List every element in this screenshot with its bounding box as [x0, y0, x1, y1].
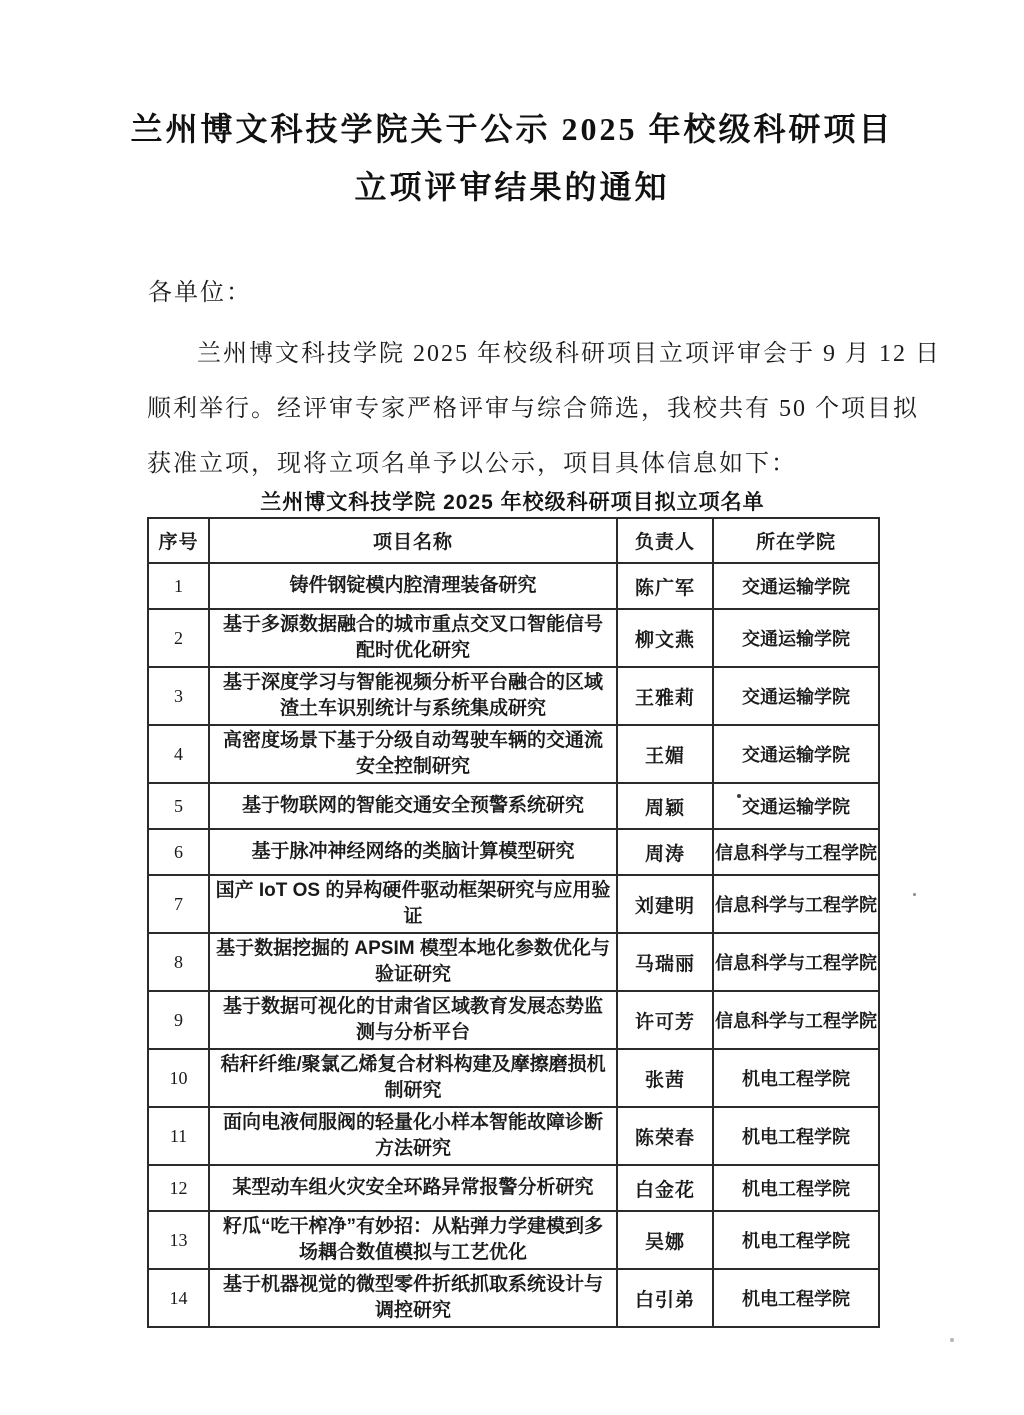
- row-no: 5: [148, 783, 209, 829]
- scan-speck: [913, 893, 916, 896]
- row-project-name: 国产 IoT OS 的异构硬件驱动框架研究与应用验证: [209, 875, 617, 933]
- body-paragraph: 兰州博文科技学院 2025 年校级科研项目立项评审会于 9 月 12 日 顺利举…: [147, 327, 892, 492]
- row-college: 信息科学与工程学院: [713, 933, 879, 991]
- row-no: 7: [148, 875, 209, 933]
- row-college: 交通运输学院: [713, 725, 879, 783]
- table-row: 1 铸件钢锭模内腔清理装备研究 陈广军 交通运输学院: [148, 563, 879, 609]
- table-row: 4 高密度场景下基于分级自动驾驶车辆的交通流安全控制研究 王媚 交通运输学院: [148, 725, 879, 783]
- table-row: 2 基于多源数据融合的城市重点交叉口智能信号配时优化研究 柳文燕 交通运输学院: [148, 609, 879, 667]
- row-no: 3: [148, 667, 209, 725]
- body-line-1: 兰州博文科技学院 2025 年校级科研项目立项评审会于 9 月 12 日: [147, 327, 892, 382]
- header-no: 序号: [148, 518, 209, 563]
- document-title-line2: 立项评审结果的通知: [0, 158, 1024, 216]
- table-row: 12 某型动车组火灾安全环路异常报警分析研究 白金花 机电工程学院: [148, 1165, 879, 1211]
- row-no: 2: [148, 609, 209, 667]
- scan-speck: [737, 794, 741, 798]
- row-college: 交通运输学院: [713, 563, 879, 609]
- row-project-name: 基于深度学习与智能视频分析平台融合的区域渣土车识别统计与系统集成研究: [209, 667, 617, 725]
- row-project-name: 基于数据可视化的甘肃省区域教育发展态势监测与分析平台: [209, 991, 617, 1049]
- body-line-2: 顺利举行。经评审专家严格评审与综合筛选，我校共有 50 个项目拟: [147, 382, 892, 437]
- row-college: 机电工程学院: [713, 1211, 879, 1269]
- row-project-name: 某型动车组火灾安全环路异常报警分析研究: [209, 1165, 617, 1211]
- table-row: 9 基于数据可视化的甘肃省区域教育发展态势监测与分析平台 许可芳 信息科学与工程…: [148, 991, 879, 1049]
- table-row: 10 秸秆纤维/聚氯乙烯复合材料构建及摩擦磨损机制研究 张茜 机电工程学院: [148, 1049, 879, 1107]
- row-no: 8: [148, 933, 209, 991]
- row-project-name: 秸秆纤维/聚氯乙烯复合材料构建及摩擦磨损机制研究: [209, 1049, 617, 1107]
- row-leader: 马瑞丽: [617, 933, 713, 991]
- row-no: 6: [148, 829, 209, 875]
- table-caption: 兰州博文科技学院 2025 年校级科研项目拟立项名单: [147, 486, 878, 516]
- row-project-name: 基于机器视觉的微型零件折纸抓取系统设计与调控研究: [209, 1269, 617, 1327]
- row-college: 信息科学与工程学院: [713, 991, 879, 1049]
- row-leader: 陈广军: [617, 563, 713, 609]
- row-no: 11: [148, 1107, 209, 1165]
- row-leader: 王雅莉: [617, 667, 713, 725]
- document-page: 兰州博文科技学院关于公示 2025 年校级科研项目 立项评审结果的通知 各单位：…: [0, 0, 1024, 1415]
- row-leader: 柳文燕: [617, 609, 713, 667]
- row-project-name: 基于数据挖掘的 APSIM 模型本地化参数优化与验证研究: [209, 933, 617, 991]
- row-leader: 吴娜: [617, 1211, 713, 1269]
- row-no: 14: [148, 1269, 209, 1327]
- header-leader: 负责人: [617, 518, 713, 563]
- project-table: 序号 项目名称 负责人 所在学院 1 铸件钢锭模内腔清理装备研究 陈广军 交通运…: [147, 517, 880, 1328]
- row-leader: 刘建明: [617, 875, 713, 933]
- row-college: 机电工程学院: [713, 1107, 879, 1165]
- document-title-line1: 兰州博文科技学院关于公示 2025 年校级科研项目: [0, 100, 1024, 158]
- row-college: 信息科学与工程学院: [713, 829, 879, 875]
- row-project-name: 基于多源数据融合的城市重点交叉口智能信号配时优化研究: [209, 609, 617, 667]
- row-project-name: 基于脉冲神经网络的类脑计算模型研究: [209, 829, 617, 875]
- row-leader: 白引弟: [617, 1269, 713, 1327]
- row-project-name: 基于物联网的智能交通安全预警系统研究: [209, 783, 617, 829]
- header-college: 所在学院: [713, 518, 879, 563]
- row-college: 交通运输学院: [713, 783, 879, 829]
- row-no: 12: [148, 1165, 209, 1211]
- table-row: 11 面向电液伺服阀的轻量化小样本智能故障诊断方法研究 陈荣春 机电工程学院: [148, 1107, 879, 1165]
- row-no: 13: [148, 1211, 209, 1269]
- row-college: 机电工程学院: [713, 1165, 879, 1211]
- table-row: 13 籽瓜“吃干榨净”有妙招：从粘弹力学建模到多场耦合数值模拟与工艺优化 吴娜 …: [148, 1211, 879, 1269]
- table-row: 3 基于深度学习与智能视频分析平台融合的区域渣土车识别统计与系统集成研究 王雅莉…: [148, 667, 879, 725]
- table-header-row: 序号 项目名称 负责人 所在学院: [148, 518, 879, 563]
- body-line-3: 获准立项，现将立项名单予以公示，项目具体信息如下：: [147, 437, 892, 492]
- salutation: 各单位：: [148, 272, 252, 307]
- row-leader: 周涛: [617, 829, 713, 875]
- row-project-name: 面向电液伺服阀的轻量化小样本智能故障诊断方法研究: [209, 1107, 617, 1165]
- scan-speck: [950, 1338, 954, 1342]
- row-leader: 白金花: [617, 1165, 713, 1211]
- header-project-name: 项目名称: [209, 518, 617, 563]
- table-row: 14 基于机器视觉的微型零件折纸抓取系统设计与调控研究 白引弟 机电工程学院: [148, 1269, 879, 1327]
- row-no: 1: [148, 563, 209, 609]
- row-college: 交通运输学院: [713, 609, 879, 667]
- table-row: 7 国产 IoT OS 的异构硬件驱动框架研究与应用验证 刘建明 信息科学与工程…: [148, 875, 879, 933]
- document-title: 兰州博文科技学院关于公示 2025 年校级科研项目 立项评审结果的通知: [0, 100, 1024, 216]
- row-no: 10: [148, 1049, 209, 1107]
- table-row: 5 基于物联网的智能交通安全预警系统研究 周颖 交通运输学院: [148, 783, 879, 829]
- row-no: 4: [148, 725, 209, 783]
- row-project-name: 铸件钢锭模内腔清理装备研究: [209, 563, 617, 609]
- row-college: 机电工程学院: [713, 1049, 879, 1107]
- row-leader: 张茜: [617, 1049, 713, 1107]
- table-row: 6 基于脉冲神经网络的类脑计算模型研究 周涛 信息科学与工程学院: [148, 829, 879, 875]
- row-college: 信息科学与工程学院: [713, 875, 879, 933]
- row-leader: 王媚: [617, 725, 713, 783]
- row-leader: 许可芳: [617, 991, 713, 1049]
- row-project-name: 籽瓜“吃干榨净”有妙招：从粘弹力学建模到多场耦合数值模拟与工艺优化: [209, 1211, 617, 1269]
- row-leader: 陈荣春: [617, 1107, 713, 1165]
- row-college: 机电工程学院: [713, 1269, 879, 1327]
- row-no: 9: [148, 991, 209, 1049]
- row-college: 交通运输学院: [713, 667, 879, 725]
- table-row: 8 基于数据挖掘的 APSIM 模型本地化参数优化与验证研究 马瑞丽 信息科学与…: [148, 933, 879, 991]
- row-project-name: 高密度场景下基于分级自动驾驶车辆的交通流安全控制研究: [209, 725, 617, 783]
- row-leader: 周颖: [617, 783, 713, 829]
